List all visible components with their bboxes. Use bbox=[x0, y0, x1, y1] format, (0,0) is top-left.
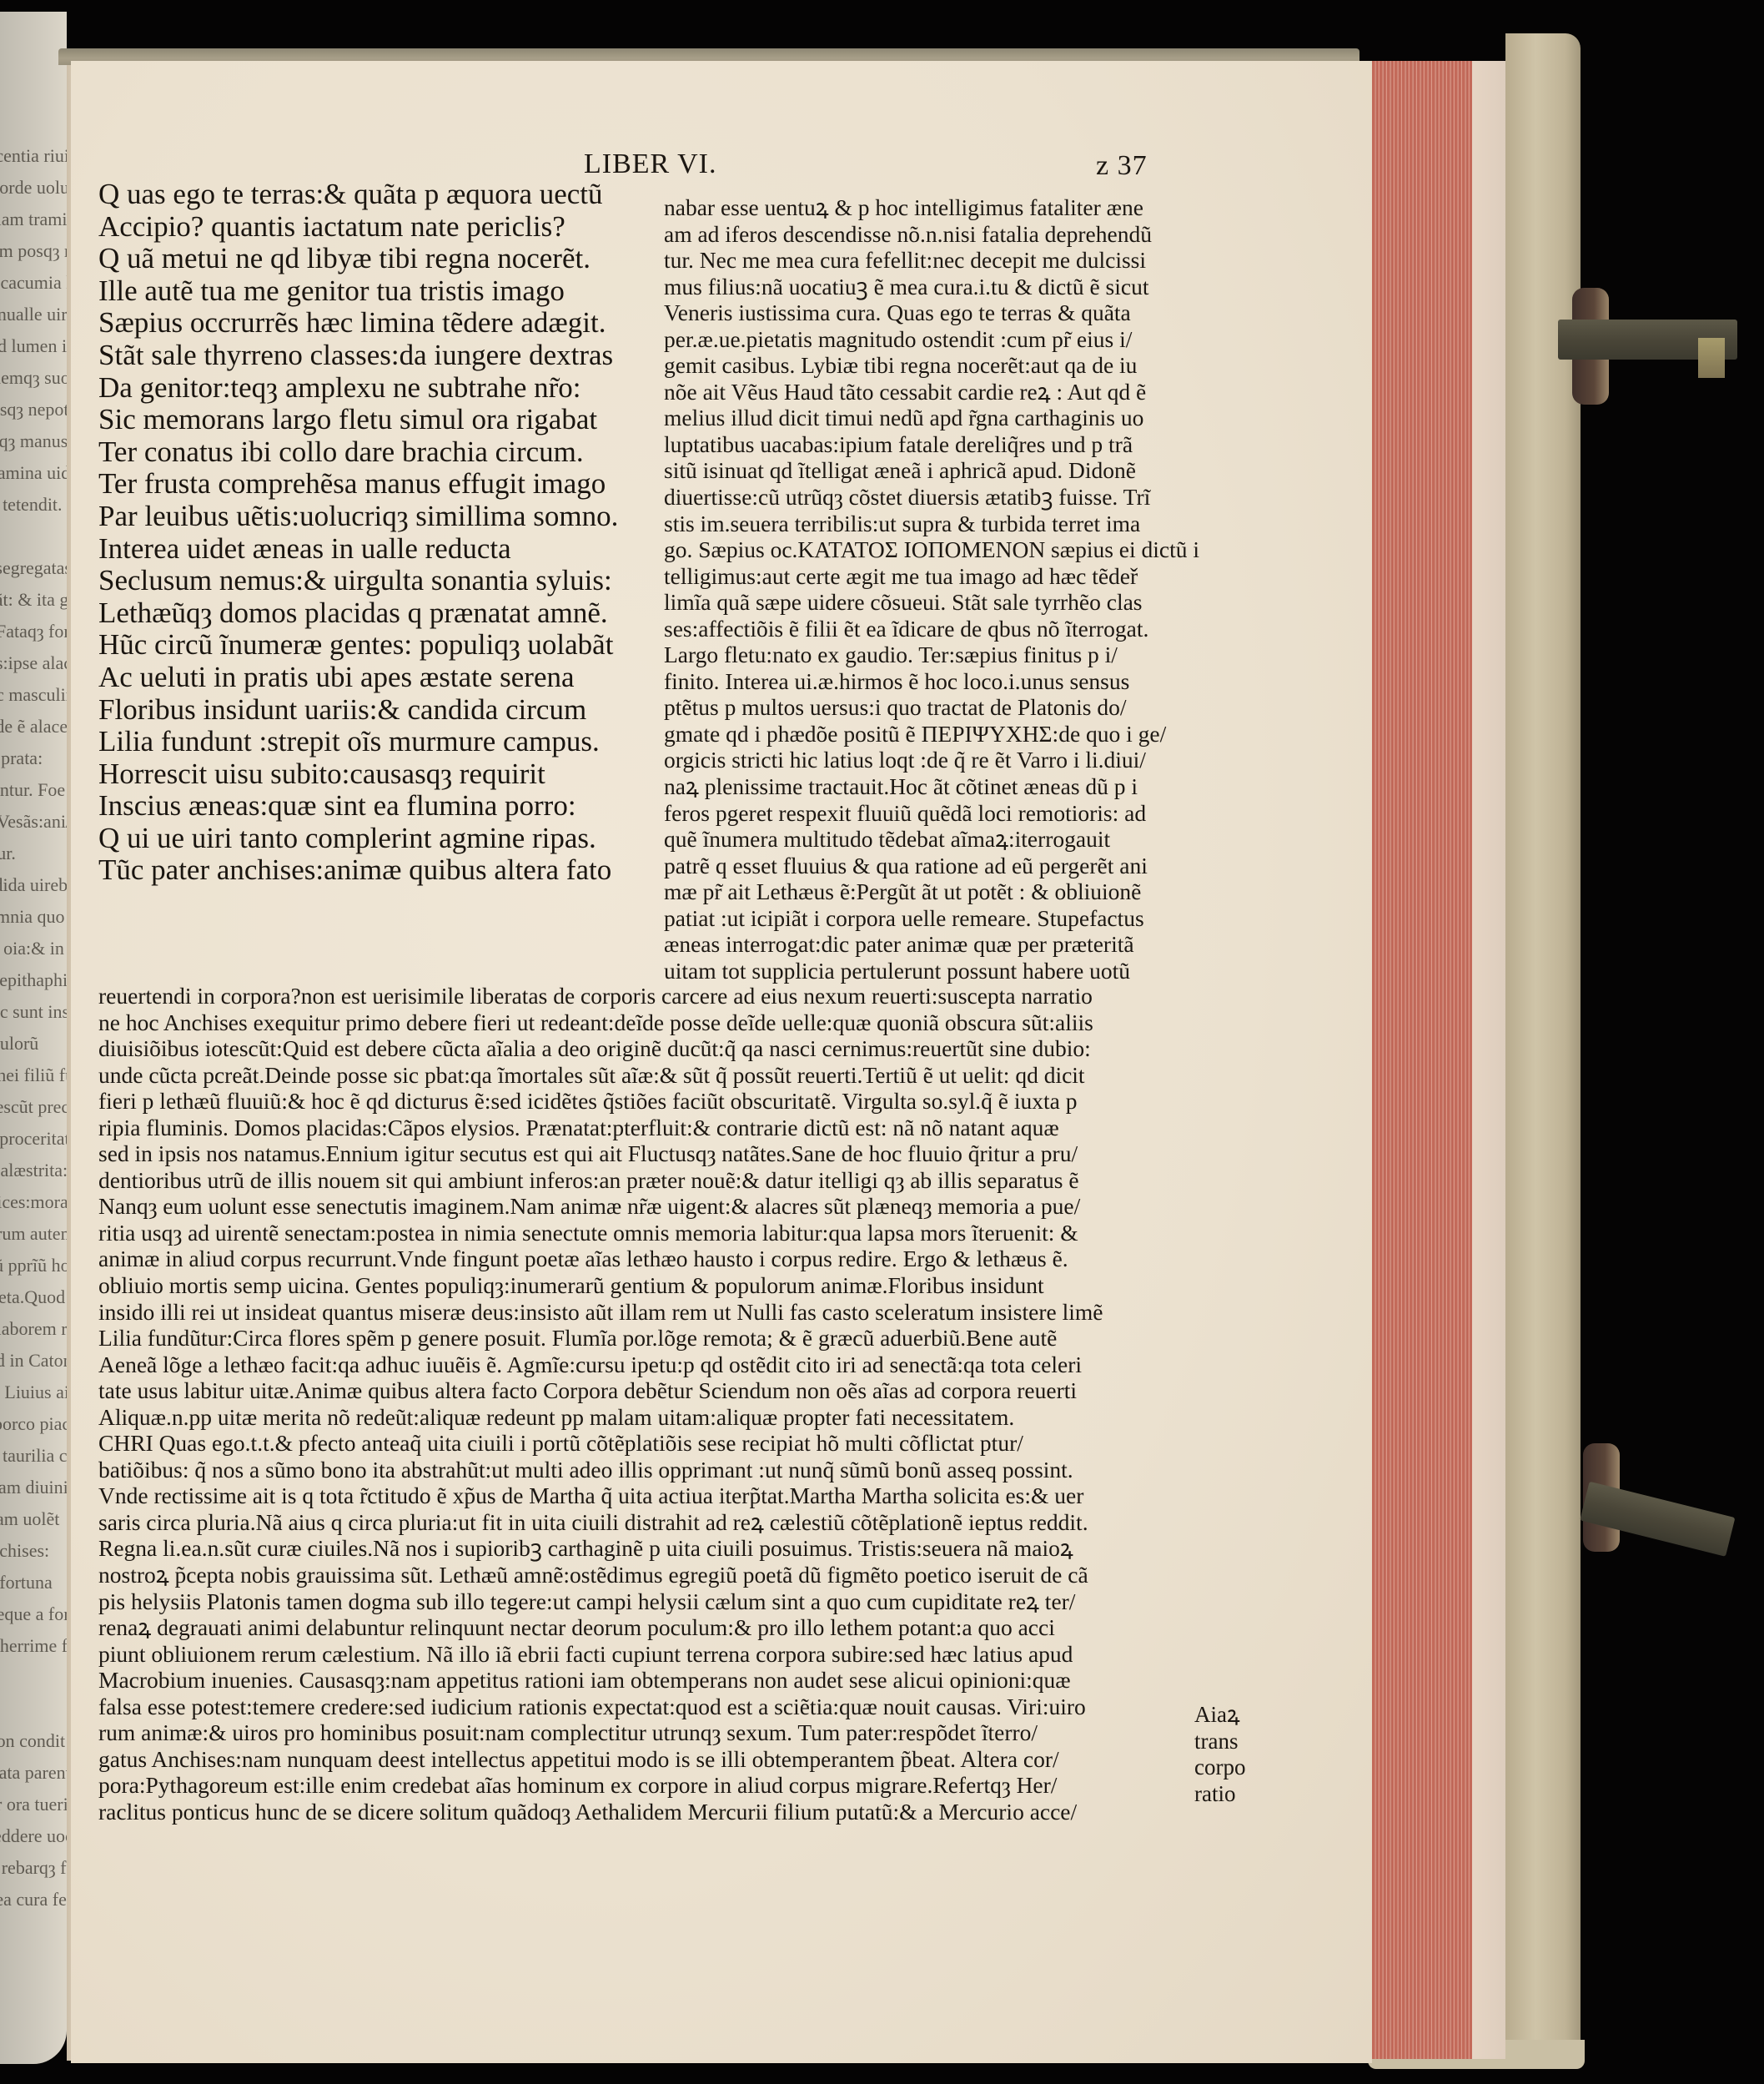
verse-line: Lilia fundunt :strepit oĩs murmure campu… bbox=[98, 726, 657, 758]
facing-page-fragment: e mea cura fefell bbox=[0, 1889, 67, 1910]
facing-page-fragment: alqȝ tetendit. bbox=[0, 494, 67, 516]
facing-page-fragment: n suam diuinitatem bbox=[0, 1477, 67, 1498]
verse-line: Tũc pater anchises:animæ quibus altera f… bbox=[98, 854, 657, 887]
facing-left-page: a recentia riuisita corde uoluntascili i… bbox=[0, 12, 67, 2064]
commentary-line: pora:Pythagoreum est:ille enim credebat … bbox=[98, 1772, 1166, 1799]
facing-page-fragment: & reddere uoces. bbox=[0, 1825, 67, 1847]
facing-page-fragment: debãt: & ita gra bbox=[0, 589, 67, 611]
facing-page-fragment: oresqȝ manusqȝ bbox=[0, 430, 67, 452]
commentary-line: naꝝ plenissime tractauit.Hoc ãt cõtinet … bbox=[664, 773, 1164, 800]
commentary-line: mæ pr̃ ait Lethæus ẽ:Pergũt ãt ut potẽt … bbox=[664, 878, 1164, 905]
facing-page-fragment: uidentur. Foe bbox=[0, 779, 67, 801]
facing-page-fragment: carosqȝ nepotes: bbox=[0, 399, 67, 420]
verse-line: Seclusum nemus:& uirgulta sonantia sylui… bbox=[98, 565, 657, 597]
commentary-line: ses:affectiõis ẽ filii ẽt ea ĩdicare de … bbox=[664, 616, 1164, 642]
commentary-column: nabar esse uentuꝝ & p hoc intelligimus f… bbox=[664, 194, 1164, 984]
commentary-line: telligimus:aut certe ægit me tua imago a… bbox=[664, 563, 1164, 590]
facing-page-fragment: uo palæstrita: apud bbox=[0, 1160, 67, 1181]
commentary-line: animæ in aliud corpus recurrunt.Vnde fin… bbox=[98, 1246, 1166, 1272]
clasp-brass-tip-icon bbox=[1698, 338, 1725, 378]
facing-page-fragment: s conualle uirenti bbox=[0, 304, 67, 325]
facing-page-fragment: cili iam tramite sub bbox=[0, 209, 67, 230]
facing-page-fragment: pectata parenti bbox=[0, 1762, 67, 1784]
verse-line: Stãt sale thyrreno classes:da iungere de… bbox=[98, 340, 657, 372]
commentary-line: nabar esse uentuꝝ & p hoc intelligimus f… bbox=[664, 194, 1164, 221]
margin-note-line: Aiaꝝ bbox=[1194, 1702, 1245, 1729]
verse-line: Q uã metui ne qd libyæ tibi regna nocerẽ… bbox=[98, 243, 657, 275]
facing-page-fragment: Orphei filiũ fuisse cu bbox=[0, 1065, 67, 1086]
red-fore-edge bbox=[1372, 61, 1505, 2059]
commentary-line: diuertisse:cũ utrũqȝ cõstet diuersis æta… bbox=[664, 484, 1164, 511]
commentary-line: Nanqȝ eum uolunt esse senectutis imagine… bbox=[98, 1193, 1166, 1220]
commentary-line: sed in ipsis nos natamus.Ennium igitur s… bbox=[98, 1140, 1166, 1167]
facing-page-fragment: quitur. bbox=[0, 843, 67, 864]
facing-page-fragment: ita corde uoluntas bbox=[0, 177, 67, 199]
facing-page-fragment: nunc masculino bbox=[0, 684, 67, 706]
facing-page-fragment: Soli taurilia circũagit bbox=[0, 1445, 67, 1467]
commentary-line: nostroꝝ p̃cepta nobis grauissima sũt. Le… bbox=[98, 1562, 1166, 1588]
commentary-line: ritia usqȝ ad uirentẽ senectam:postea in… bbox=[98, 1220, 1166, 1246]
commentary-line: piunt obliuionem rerum cælestium. Nã ill… bbox=[98, 1641, 1166, 1668]
verse-text-column: Q uas ego te terras:& quãta p æquora uec… bbox=[98, 179, 657, 887]
facing-page-fragment: oraculorũ bbox=[0, 1033, 67, 1055]
commentary-line: nõe ait Vẽus Haud tãto cessabit cardie r… bbox=[664, 379, 1164, 405]
commentary-line: rum animæ:& uiros pro hominibus posuit:n… bbox=[98, 1719, 1166, 1746]
commentary-line: stis im.seuera terribilis:ut supra & tur… bbox=[664, 511, 1164, 537]
commentary-line: Veneris iustissima cura. Quas ego te ter… bbox=[664, 300, 1164, 326]
facing-page-fragment: s poeta.Quod ãt fir bbox=[0, 1286, 67, 1308]
fore-edge-paper bbox=[1472, 61, 1505, 2059]
commentary-line: tur. Nec me mea cura fefellit:nec decepi… bbox=[664, 247, 1164, 274]
running-title: LIBER VI. bbox=[584, 148, 716, 180]
commentary-line: limĩa quã sæpe uidere cõsueui. Stãt sale… bbox=[664, 589, 1164, 616]
verse-line: Ac ueluti in pratis ubi apes æstate sere… bbox=[98, 662, 657, 694]
red-edge-stripes bbox=[1372, 61, 1472, 2059]
verse-line: Sæpius occrurrẽs hæc limina tẽdere adægi… bbox=[98, 307, 657, 340]
commentary-line: gatus Anchises:nam nunquam deest intelle… bbox=[98, 1746, 1166, 1773]
commentary-line: Lilia fundũtur:Circa flores spẽm p gener… bbox=[98, 1325, 1166, 1352]
verse-line: Q uas ego te terras:& quãta p æquora uec… bbox=[98, 179, 657, 211]
facing-page-fragment: ima cacumia linqu bbox=[0, 272, 67, 294]
facing-page-fragment: pulcherrime fuit:nam bbox=[0, 1635, 67, 1657]
commentary-line: finito. Interea ui.æ.hirmos ẽ hoc loco.i… bbox=[664, 668, 1164, 695]
verse-line: Ter frusta comprehẽsa manus effugit imag… bbox=[98, 468, 657, 501]
verse-line: Lethæũqȝ domos placidas q prænatat amnẽ. bbox=[98, 597, 657, 630]
marginal-note: Aiaꝝtranscorporatio bbox=[1194, 1702, 1245, 1807]
facing-page-fragment: t Anchises: bbox=[0, 1540, 67, 1562]
margin-note-line: corpo bbox=[1194, 1754, 1245, 1781]
commentary-line: batiõibus: q̃ nos a sũmo bono ita abstra… bbox=[98, 1457, 1166, 1483]
commentary-line: ripia fluminis. Domos placidas:Cãpos ely… bbox=[98, 1115, 1166, 1141]
commentary-line: melius illud dicit timui nedũ apd r̃gna … bbox=[664, 405, 1164, 431]
commentary-line: Regna li.ea.n.sũt curæ ciuiles.Nã nos i … bbox=[98, 1535, 1166, 1562]
commentary-line: Macrobium inuenies. Causasqȝ:nam appetit… bbox=[98, 1667, 1166, 1694]
commentary-line: obliuio mortis semp uicina. Gentes popul… bbox=[98, 1272, 1166, 1299]
commentary-line: Vnde rectissime ait is q tota r̃ctitudo … bbox=[98, 1482, 1166, 1509]
commentary-line: gemit casibus. Lybiæ tibi regna nocerẽt:… bbox=[664, 352, 1164, 379]
facing-page-fragment: hinc Liuius ait Indos bbox=[0, 1382, 67, 1403]
facing-page-fragment: aut segregatas bbox=[0, 557, 67, 579]
commentary-line: renaꝝ degrauati animi delabuntur relinqu… bbox=[98, 1614, 1166, 1641]
facing-page-fragment: s. Vescũt precipue bbox=[0, 1096, 67, 1118]
commentary-line: fieri p lethæũ fluuiũ:& hoc ẽ qd dicturu… bbox=[98, 1088, 1166, 1115]
facing-page-fragment: Laemnia quo bbox=[0, 906, 67, 928]
facing-page-fragment: a recentia riuis bbox=[0, 145, 67, 167]
commentary-line: dentioribus utrũ de illis nouem sit qui … bbox=[98, 1167, 1166, 1194]
facing-page-fragment: omnemqȝ suorum bbox=[0, 367, 67, 389]
facing-page-fragment: mo: rebarqȝ futur bbox=[0, 1857, 67, 1879]
facing-page-fragment: Hunc sunt instruti di bbox=[0, 1001, 67, 1023]
commentary-line: tate usus labitur uitæ.Animæ quibus alte… bbox=[98, 1377, 1166, 1404]
facing-page-fragment: n:Nam uolẽt bbox=[0, 1508, 67, 1530]
facing-page-fragment: fieri oia:& in idẽ reuer bbox=[0, 938, 67, 959]
commentary-line: Aeneã lõge a lethæo facit:qa adhuc iuuẽi… bbox=[98, 1352, 1166, 1378]
commentary-line: CHRI Quas ego.t.t.& pfecto anteaq̃ uita … bbox=[98, 1430, 1166, 1457]
facing-page-fragment: nã ide ẽ alacer. bbox=[0, 716, 67, 737]
facing-page-fragment: ãit. Fataqȝ for bbox=[0, 621, 67, 642]
commentary-line: mus filius:nã uocatiuꝫ ẽ mea cura.i.tu &… bbox=[664, 274, 1164, 300]
verse-line: Horrescit uisu subito:causasqȝ requirit bbox=[98, 758, 657, 791]
folio-number: z 37 bbox=[1096, 150, 1148, 182]
commentary-line: ne hoc Anchises exequitur primo debere f… bbox=[98, 1009, 1166, 1036]
commentary-line: falsa esse potest:temere credere:sed iud… bbox=[98, 1694, 1166, 1720]
commentary-line: sitũ isinuat qd ĩtelligat æneã i aphricã… bbox=[664, 457, 1164, 484]
verse-line: Q ui ue uiri tanto complerint agmine rip… bbox=[98, 823, 657, 855]
verse-line: Hũc circũ ĩnumeræ gentes: populiqȝ uolab… bbox=[98, 629, 657, 662]
verse-line: Interea uidet æneas in ualle reducta bbox=[98, 533, 657, 566]
commentary-line: diuisiõibus iotescũt:Quid est debere cũc… bbox=[98, 1035, 1166, 1062]
facing-page-fragment: sis. Vesãs:ani/ bbox=[0, 811, 67, 833]
commentary-line: pis helysiis Platonis tamen dogma sub il… bbox=[98, 1588, 1166, 1615]
verse-line: Ille autẽ tua me genitor tua tristis ima… bbox=[98, 275, 657, 308]
facing-page-fragment: quod in Catone qu bbox=[0, 1350, 67, 1372]
facing-page-fragment: qȝ ad lumen ituras bbox=[0, 335, 67, 357]
facing-page-fragment: s:ut proceritate cor bbox=[0, 1128, 67, 1150]
facing-page-fragment: que fortuna bbox=[0, 1572, 67, 1593]
commentary-line: go. Sæpius oc.ΚΑΤΑΤΟΣ ΙΟΠΟΜΕΝΟΝ sæpius e… bbox=[664, 536, 1164, 563]
margin-note-line: trans bbox=[1194, 1729, 1245, 1755]
facing-page-fragment: hoc epithaphio Eumo bbox=[0, 969, 67, 991]
commentary-line: patiat :ut icipiãt i corpora uelle remea… bbox=[664, 905, 1164, 932]
commentary-line: æneas interrogat:dic pater animæ quæ per… bbox=[664, 931, 1164, 958]
commentary-line: gmate qd i phædõe positũ ẽ ΠΕΡΙΨΥΧΗΣ:de … bbox=[664, 721, 1164, 748]
commentary-line: insido illi rei ut insideat quantus mise… bbox=[98, 1299, 1166, 1326]
facing-page-fragment: foelices:moralis se bbox=[0, 1191, 67, 1213]
commentary-line: raclitus ponticus hunc de se dicere soli… bbox=[98, 1799, 1166, 1825]
facing-page-fragment: o: neque a fortuna sunt: bbox=[0, 1603, 67, 1625]
verse-line: Ter conatus ibi collo dare brachia circu… bbox=[98, 436, 657, 469]
verse-line: Par leuibus uẽtis:uolucriqȝ simillima so… bbox=[98, 501, 657, 533]
commentary-line: patrẽ q esset fluuius & qua ratione ad e… bbox=[664, 853, 1164, 879]
commentary-line: luptatibus uacabas:ipium fatale dereliq̃… bbox=[664, 431, 1164, 458]
facing-page-fragment: nicam posqȝ riten bbox=[0, 240, 67, 262]
commentary-line: Largo fletu:nato ex gaudio. Ter:sæpius f… bbox=[664, 642, 1164, 668]
facing-page-fragment: ãcris:ipse alacris: bbox=[0, 652, 67, 674]
commentary-line: Aliquæ.n.pp uitæ merita nõ redeũt:aliquæ… bbox=[98, 1404, 1166, 1431]
commentary-line: orgicis stricti hic latius loqt :de q̃ r… bbox=[664, 747, 1164, 773]
verse-line: Da genitor:teqȝ amplexu ne subtrahe nr̃o… bbox=[98, 372, 657, 405]
facing-page-fragment: latur ora tueri bbox=[0, 1794, 67, 1815]
margin-note-line: ratio bbox=[1194, 1781, 1245, 1808]
commentary-line: unde cũcta pcreãt.Deinde posse sic pbat:… bbox=[98, 1062, 1166, 1089]
facing-page-fragment: & non condit ore: bbox=[0, 1730, 67, 1752]
facing-page-fragment: lã cũ pprĩũ homini bbox=[0, 1255, 67, 1276]
commentary-full-width: reuertendi in corpora?non est uerisimile… bbox=[98, 983, 1166, 1825]
verse-line: Sic memorans largo fletu simul ora rigab… bbox=[98, 404, 657, 436]
verse-line: Floribus insidunt uariis:& candida circu… bbox=[98, 694, 657, 727]
facing-page-fragment: tem:prata: bbox=[0, 748, 67, 769]
commentary-line: am ad iferos descendisse nõ.n.nisi fatal… bbox=[664, 221, 1164, 248]
facing-page-fragment: est porco piaculo face bbox=[0, 1413, 67, 1435]
facing-page-fragment: um laborem recusa bbox=[0, 1318, 67, 1340]
verse-line: Accipio? quantis iactatum nate periclis? bbox=[98, 211, 657, 244]
commentary-line: uitam tot supplicia pertulerunt possunt … bbox=[664, 958, 1164, 984]
facing-page-fragment: p gramina uidit bbox=[0, 462, 67, 484]
verse-line: Inscius æneas:quæ sint ea flumina porro: bbox=[98, 790, 657, 823]
facing-page-fragment: candida uirebãt. bbox=[0, 874, 67, 896]
commentary-line: saris circa pluria.Nã aius q circa pluri… bbox=[98, 1509, 1166, 1536]
commentary-line: quẽ ĩnumera multitudo tẽdebat aĩmaꝝ:iter… bbox=[664, 826, 1164, 853]
commentary-line: ptẽtus p multos uersus:i quo tractat de … bbox=[664, 694, 1164, 721]
commentary-line: feros pgeret respexit fluuiũ quẽdã loci … bbox=[664, 800, 1164, 827]
facing-page-fragment: ctiorum autem po bbox=[0, 1223, 67, 1245]
commentary-line: per.æ.ue.pietatis magnitudo ostendit :cu… bbox=[664, 326, 1164, 353]
commentary-line: reuertendi in corpora?non est uerisimile… bbox=[98, 983, 1166, 1009]
